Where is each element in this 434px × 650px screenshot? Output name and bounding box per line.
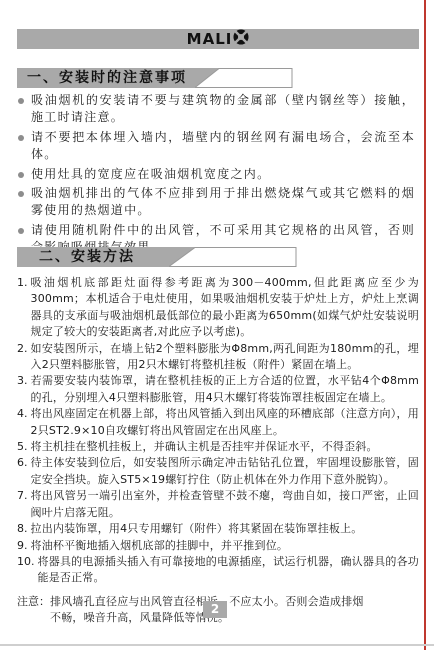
step-row: 1.吸油烟机底部距灶面得参考距离为300－400mm,但此距离应至少为300mm…: [17, 275, 419, 341]
precaution-text: 使用灶具的宽度应在吸油烟机宽度之内。: [31, 167, 270, 181]
step-row: 4.将出风座固定在机器上部，将出风管插入到出风座的环槽底部（注意方向），用2只S…: [17, 406, 419, 439]
precaution-text: 请不要把本体埋入墙内，墙壁内的钢丝网有漏电场合，会流至本体。: [31, 130, 415, 161]
precautions-list: 吸油烟机的安装请不要与建筑物的金属部（壁内钢丝等）接触，施工时请注意。 请不要把…: [17, 92, 415, 259]
list-item: 请不要把本体埋入墙内，墙壁内的钢丝网有漏电场合，会流至本体。: [17, 129, 415, 164]
step-number: 7.: [17, 488, 31, 504]
page-edge-red-line: [424, 0, 426, 650]
page-bottom-rule: [0, 644, 434, 646]
step-text: 将油杯平衡地插入烟机底部的挂脚中，并平推到位。: [31, 538, 420, 554]
bullet-icon: [18, 191, 24, 197]
bullet-icon: [18, 98, 24, 104]
step-row: 7.将出风管另一端引出室外，并检查管壁不鼓不瘪，弯曲自如，接口严密，止回阀叶片启…: [17, 488, 419, 521]
step-text: 待主体安装到位后，如安装图所示确定冲击钻钻孔位置，牢固埋设膨胀管，固定安全挡块。…: [31, 455, 420, 488]
step-row: 9.将油杯平衡地插入烟机底部的挂脚中，并平推到位。: [17, 538, 419, 554]
step-row: 3.若需要安装内装饰罩，请在整机挂板的正上方合适的位置，水平钻4个Φ8mm的孔，…: [17, 373, 419, 406]
header-slant-decoration: [169, 247, 297, 267]
brand-banner: MALI: [17, 29, 419, 49]
step-text: 吸油烟机底部距灶面得参考距离为300－400mm,但此距离应至少为300mm；本…: [31, 275, 420, 341]
step-text: 将器具的电源插头插入有可靠接地的电源插座，试运行机器，确认器具的各功能是否正常。: [38, 554, 420, 587]
note-label: 注意：: [17, 594, 50, 627]
step-number: 2.: [17, 341, 31, 357]
step-text: 拉出内装饰罩，用4只专用螺钉（附件）将其紧固在装饰罩挂板上。: [31, 521, 420, 537]
precaution-text: 吸油烟机的安装请不要与建筑物的金属部（壁内钢丝等）接触，施工时请注意。: [31, 93, 415, 124]
step-number: 3.: [17, 373, 31, 389]
step-number: 10.: [17, 554, 38, 570]
step-row: 8.拉出内装饰罩，用4只专用螺钉（附件）将其紧固在装饰罩挂板上。: [17, 521, 419, 537]
step-number: 1.: [17, 275, 31, 291]
step-row: 5.将主机挂在整机挂板上，并确认主机是否挂牢并保证水平，不得歪斜。: [17, 439, 419, 455]
step-number: 8.: [17, 521, 31, 537]
target-circle-icon: [233, 29, 249, 49]
bullet-icon: [18, 228, 24, 234]
precaution-text: 吸油烟机排出的气体不应排到用于排出燃烧煤气或其它燃料的烟雾使用的热烟道中。: [31, 186, 415, 217]
step-row: 2.如安装图所示，在墙上钻2个塑料膨胀为Φ8mm,两孔间距为180mm的孔，埋入…: [17, 341, 419, 374]
step-row: 6.待主体安装到位后，如安装图所示确定冲击钻钻孔位置，牢固埋设膨胀管，固定安全挡…: [17, 455, 419, 488]
section-header-installation: 二、安装方法: [17, 247, 291, 267]
list-item: 使用灶具的宽度应在吸油烟机宽度之内。: [17, 166, 415, 183]
installation-steps: 1.吸油烟机底部距灶面得参考距离为300－400mm,但此距离应至少为300mm…: [17, 275, 419, 627]
step-text: 将出风管另一端引出室外，并检查管壁不鼓不瘪，弯曲自如，接口严密，止回阀叶片启落无…: [31, 488, 420, 521]
step-text: 若需要安装内装饰罩，请在整机挂板的正上方合适的位置，水平钻4个Φ8mm的孔，分别…: [31, 373, 420, 406]
manual-page: MALI 一、安装时的注意事项 吸油烟机的安装请不要与建筑物的金属部（壁内钢丝等…: [0, 0, 434, 650]
step-text: 将出风座固定在机器上部，将出风管插入到出风座的环槽底部（注意方向），用2只ST2…: [31, 406, 420, 439]
step-number: 9.: [17, 538, 31, 554]
bullet-icon: [18, 135, 24, 141]
brand-logo-text: MALI: [187, 29, 233, 49]
header-slant-decoration: [195, 68, 293, 88]
step-number: 6.: [17, 455, 31, 471]
list-item: 吸油烟机排出的气体不应排到用于排出燃烧煤气或其它燃料的烟雾使用的热烟道中。: [17, 185, 415, 220]
bullet-icon: [18, 172, 24, 178]
step-text: 如安装图所示，在墙上钻2个塑料膨胀为Φ8mm,两孔间距为180mm的孔，埋入2只…: [31, 341, 420, 374]
step-number: 4.: [17, 406, 31, 422]
list-item: 吸油烟机的安装请不要与建筑物的金属部（壁内钢丝等）接触，施工时请注意。: [17, 92, 415, 127]
step-text: 将主机挂在整机挂板上，并确认主机是否挂牢并保证水平，不得歪斜。: [31, 439, 420, 455]
step-number: 5.: [17, 439, 31, 455]
page-number-badge: 2: [203, 601, 227, 618]
section-header-precautions: 一、安装时的注意事项: [17, 68, 287, 88]
step-row: 10.将器具的电源插头插入有可靠接地的电源插座，试运行机器，确认器具的各功能是否…: [17, 554, 419, 587]
